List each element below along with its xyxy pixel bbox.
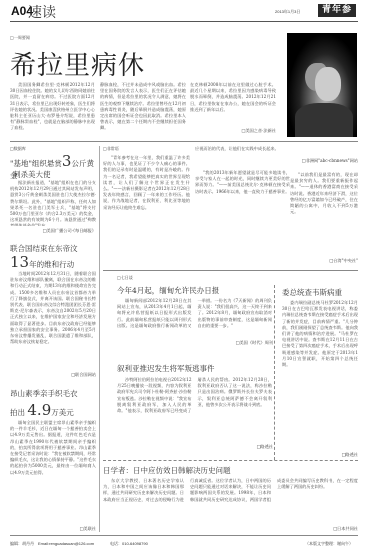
myanmar-source: □美国《时代》周刊 [195,340,273,346]
dashed-rule [103,460,358,461]
japan-title: 日学者：日中应仿效日韩解决历史问题 [103,465,231,476]
japan-source: □日本共同社 [300,526,358,532]
story3-title-prefix: 拍出 [10,408,25,417]
japan-body: 东京大学教授、日本著名历史学家认为，日本和中国之间应该像日本和韩国那样，通过共同… [103,478,358,530]
story1-body: 据法新社报道，"基地"组织在也门的分支机构2012年12月29日通过其网站发布声… [10,180,96,226]
story2-title-suffix: 年的维和行动 [29,260,74,269]
lead-title: 希拉里病休 [10,45,145,82]
right-body1: 应视而治的代表，让他们在实践中成长起来。 [195,146,290,158]
story3-subtitle: 拍出 4.9万美元 [10,401,74,419]
story2-title-num: 13 [10,253,29,271]
myanmar-title: 今年4月起，缅甸允许民办日报 [117,285,219,296]
chavez-source: □路透社 [282,452,358,458]
issue-date: 2013年1月3日 [275,9,300,15]
syria-source: □路透社 [195,444,273,450]
lead-body-col2: 静脉血栓，不过并未造成中风或脑出血。希拉里在国务院的发言人表示，医生们正在评估她… [100,82,186,132]
right-col-intro [290,146,358,156]
footer-note: （本版文字整理：谢向午） [305,541,353,547]
chavez-body: 委内瑞拉副总统马杜罗2012年12月30日在古巴哈瓦那发表电视讲话，称委内瑞拉总… [282,300,358,452]
chavez-title: 委总统查韦斯病重 [282,287,342,298]
story3-body: 缅甸全国民主联盟主席昂山素季亲手编织的一件羊毛衫，近日在缅甸一个慈善拍卖会上以4… [10,420,96,526]
syria-title: 叙利亚推迟发生将军叛逃事件 [117,363,215,374]
middle-rule [103,270,358,271]
right-quote1: "我的2013年新年愿望就是尽可能多地读书，享受与家人在一起的时光，同时继续为更… [195,170,290,252]
footer-phone: 电话：010-64098790 [110,541,148,547]
footer-editor: 编辑：胡丹丹 [10,541,34,547]
dashed-divider [274,285,275,460]
right-quote2: "以前我们是最富有的，现在却是最贫穷的人。我们要重新振作起来。"——退休的香港富… [290,172,358,258]
story3-source: □美联社 [10,526,96,532]
story2-subtitle: 13年的维和行动 [10,253,74,271]
myanmar-kicker: □七日谈 [117,275,133,281]
photo-body-shape [295,103,353,137]
right-source2: □台湾"中央社" [290,258,358,264]
lead-source: □美国之音·法新社 [190,128,276,134]
header-rule [10,21,358,22]
lead-body-col1: 美国国务卿希拉里·克林顿2012年12月30日因血栓住院。她的女儿切尔西陪同她前… [10,82,95,132]
middle-body: "青年参考在这一年里，我们重温了许多美好的人与事，也见证了不少令人痛心的事件。我… [103,155,190,267]
story1-title-prefix: "基地"组织悬赏 [10,159,62,168]
story3-title-num: 4.9 [27,401,51,419]
lead-bottom-rule [10,141,358,142]
syria-body: 沙特阿拉伯阿拉伯电视台2012年12月25日晚播放一段视频，内容为叙利亚政府军宪… [117,377,272,441]
story1-source: □美国广播公司·《每日邮报》 [10,228,96,234]
middle-kicker: □非常语 [103,146,119,152]
section-title: 速读 [28,2,56,22]
newspaper-logo: 青年参考 [318,4,356,17]
footer-rule [10,535,358,536]
story3-title-suffix: 万美元 [51,408,74,417]
lead-body-col3: 在克林顿2008年以前在这里做过心脏手术。最近几个星期以来，希拉里因为感染病毒导… [190,82,276,124]
photo-face-shape [315,67,341,101]
footer-email: Email:renguadasuan@126.com [38,541,94,546]
lead-photo [287,33,357,137]
story1-subtitle: 刺杀美大使 [13,169,51,180]
lead-kicker: □一周要闻 [10,35,30,41]
right-source1: □非洲网"abc-cbnnews"网站 [290,158,358,164]
story2-source: □联合国网站 [10,372,96,378]
column-divider [99,146,100,532]
myanmar-body: 缅甸新闻部2012年12月28日在其网站上宣布，从2013年4月1日起，缅甸将允… [117,298,272,340]
story3-title: 昂山素季亲手织毛衣 [10,388,78,399]
